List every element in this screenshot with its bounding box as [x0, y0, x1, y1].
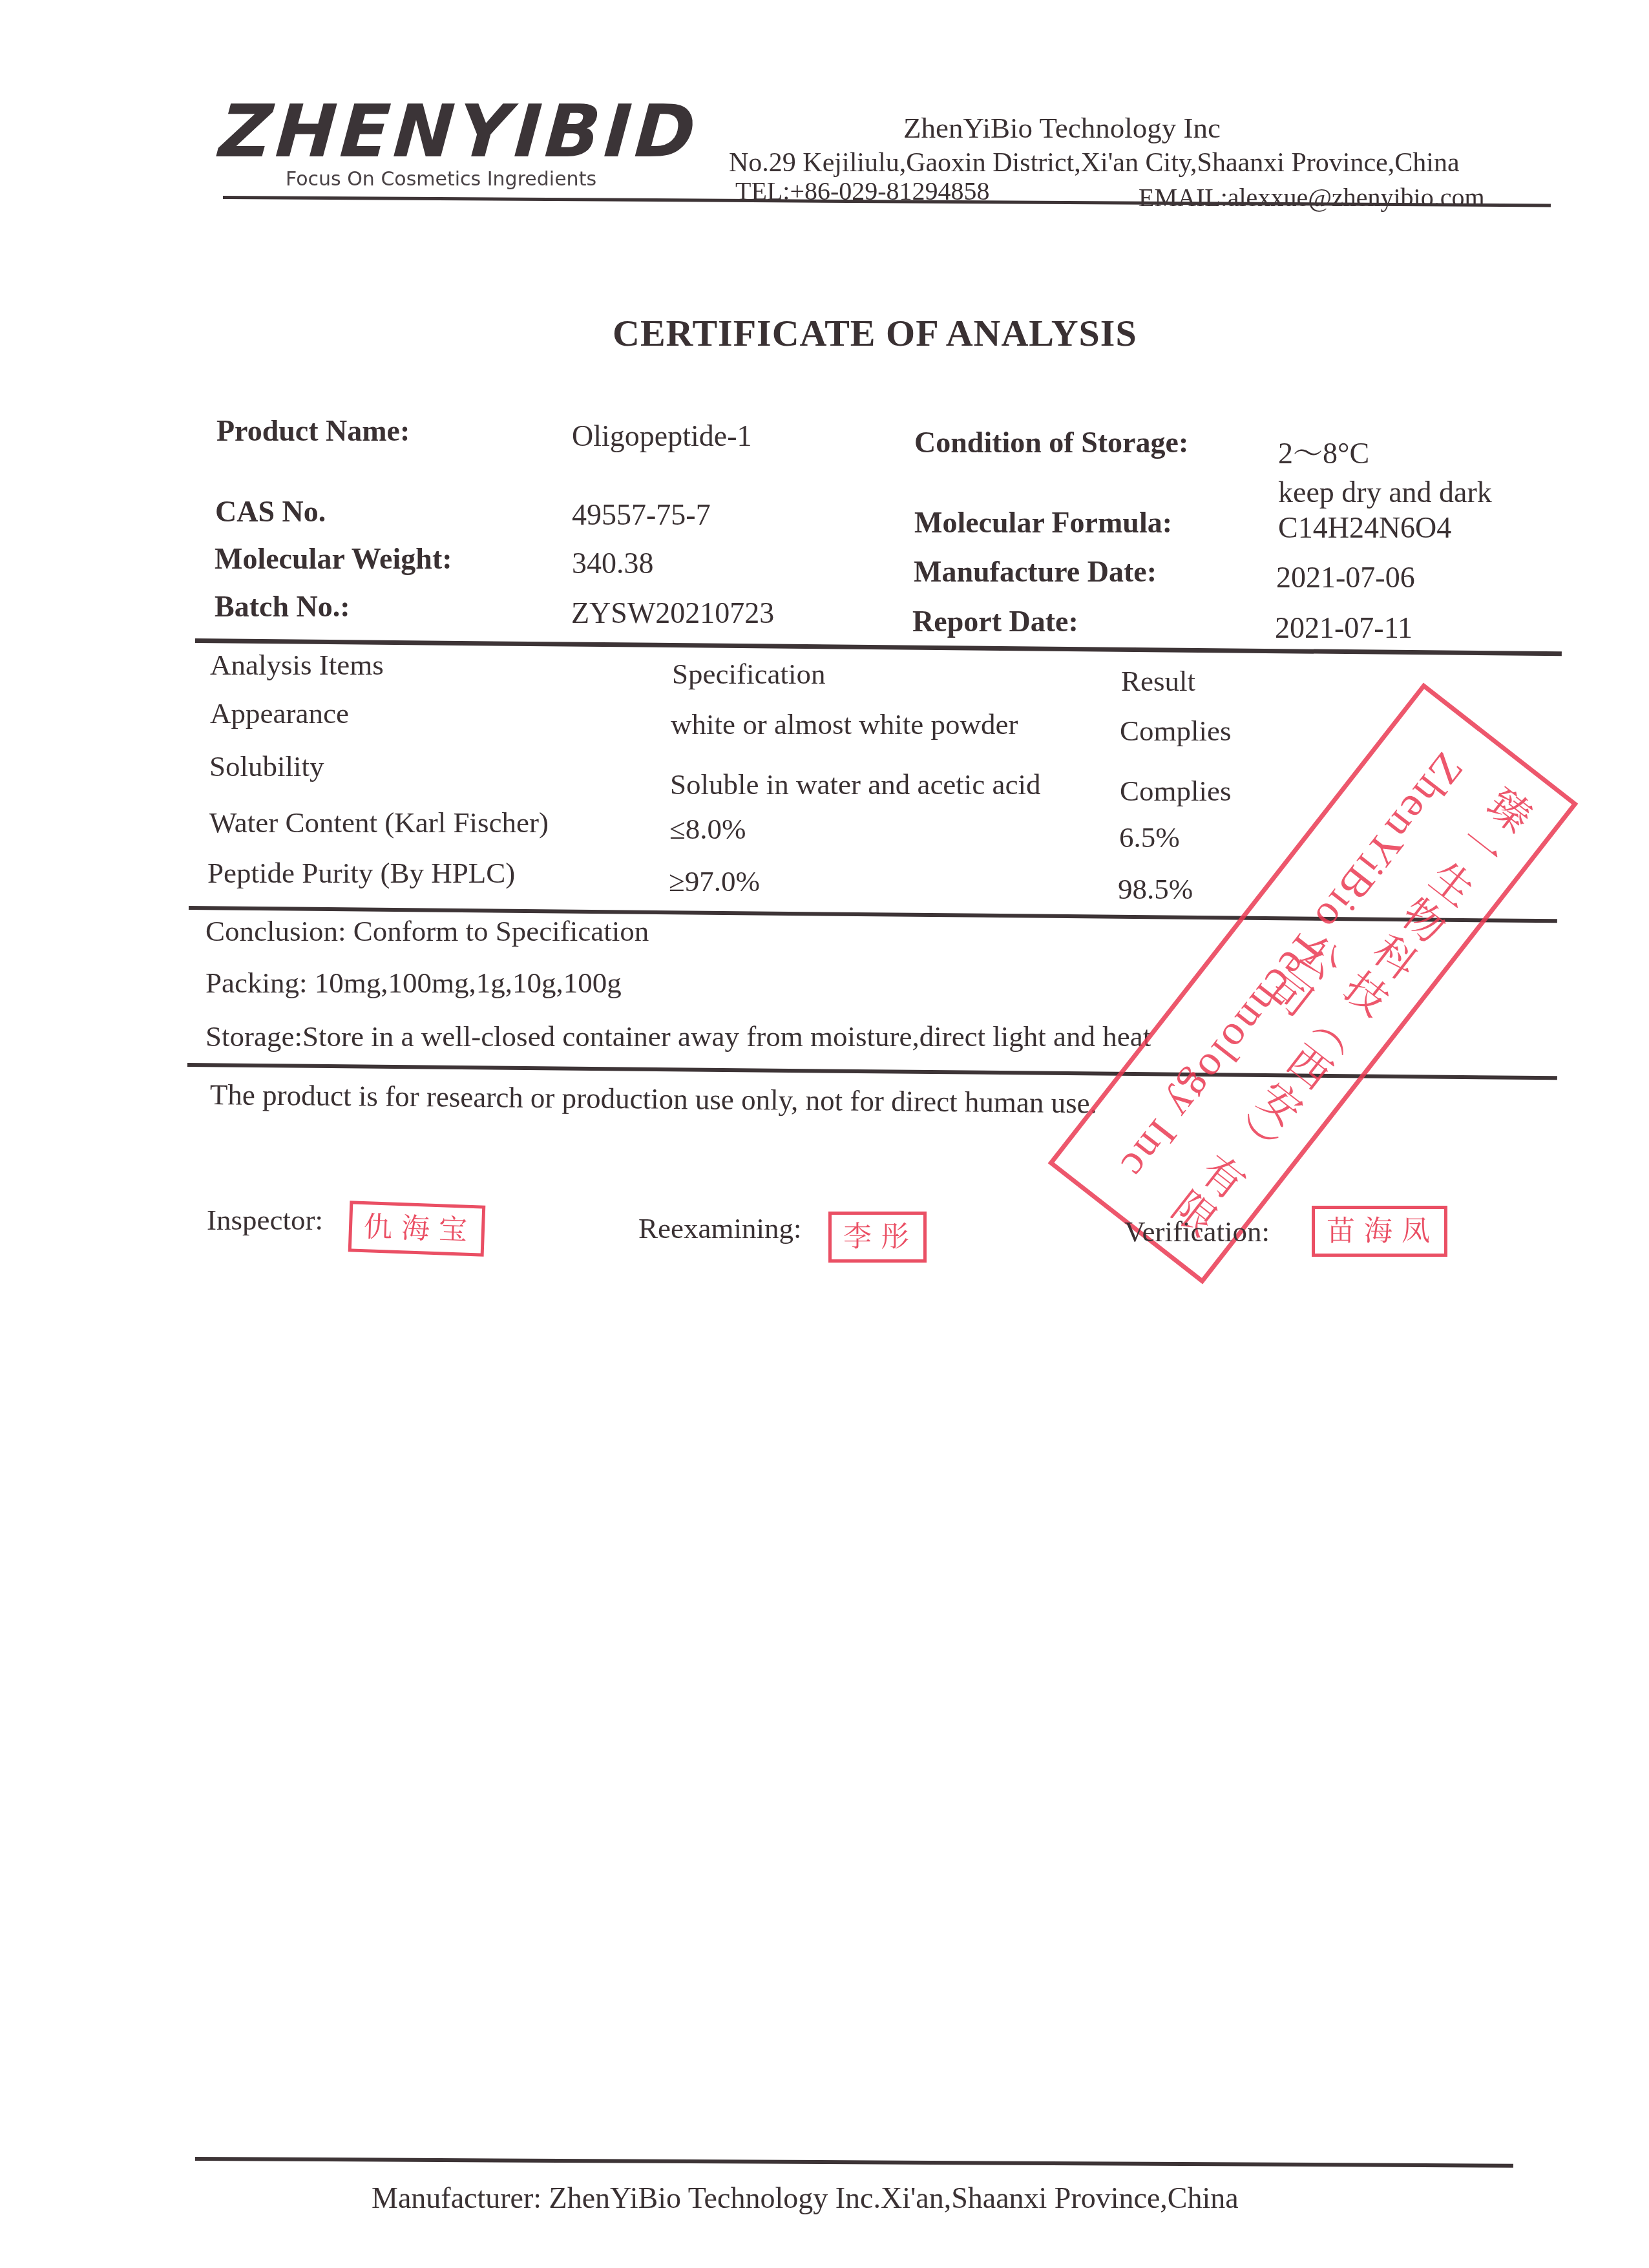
report-date-label: Report Date: [912, 604, 1078, 638]
reexamining-seal: 李彤 [828, 1212, 927, 1263]
header-result: Result [1121, 664, 1195, 698]
row-spec: white or almost white powder [671, 708, 1018, 741]
footer-manufacturer: Manufacturer: ZhenYiBio Technology Inc.X… [372, 2181, 1239, 2215]
manufacture-date-value: 2021-07-06 [1276, 560, 1415, 594]
product-name-label: Product Name: [216, 414, 410, 448]
row-result: Complies [1120, 714, 1232, 748]
report-date-value: 2021-07-11 [1275, 611, 1413, 645]
row-spec: ≥97.0% [669, 865, 760, 898]
conclusion-text: Conclusion: Conform to Specification [205, 914, 649, 948]
storage-condition-label: Condition of Storage: [914, 425, 1188, 459]
manufacture-date-label: Manufacture Date: [914, 554, 1157, 589]
row-item: Water Content (Karl Fischer) [209, 806, 549, 839]
company-seal: ZhenYiBio Technology Inc 臻一生物科技（西安）有限公司 [1048, 682, 1579, 1284]
company-logo: ZHENYIBID [217, 96, 702, 168]
batch-label: Batch No.: [215, 589, 350, 624]
row-result: 6.5% [1119, 821, 1180, 854]
molecular-formula-label: Molecular Formula: [914, 505, 1172, 540]
storage-condition-value: 2～8°C [1278, 430, 1369, 472]
storage-text: Storage:Store in a well-closed container… [205, 1020, 1151, 1053]
cas-value: 49557-75-7 [572, 498, 711, 532]
storage-condition-note: keep dry and dark [1278, 475, 1492, 509]
disclaimer-text: The product is for research or productio… [210, 1078, 1097, 1120]
verification-label: Verification: [1124, 1215, 1270, 1248]
packing-text: Packing: 10mg,100mg,1g,10g,100g [205, 966, 622, 1000]
logo-tagline: Focus On Cosmetics Ingredients [286, 168, 596, 191]
batch-value: ZYSW20210723 [571, 596, 774, 630]
row-item: Solubility [209, 750, 324, 783]
row-spec: Soluble in water and acetic acid [670, 768, 1041, 801]
inspector-label: Inspector: [207, 1203, 323, 1237]
row-spec: ≤8.0% [669, 812, 746, 846]
molecular-weight-label: Molecular Weight: [215, 541, 452, 576]
row-item: Peptide Purity (By HPLC) [207, 856, 515, 890]
product-name-value: Oligopeptide-1 [572, 419, 752, 453]
verification-seal: 苗海凤 [1312, 1206, 1447, 1257]
reexamining-label: Reexamining: [638, 1212, 801, 1245]
row-result: Complies [1120, 774, 1232, 808]
cas-label: CAS No. [215, 494, 326, 529]
molecular-formula-value: C14H24N6O4 [1278, 510, 1451, 545]
company-name: ZhenYiBio Technology Inc [903, 111, 1221, 145]
footer-divider [195, 2157, 1513, 2168]
molecular-weight-value: 340.38 [572, 546, 654, 580]
header-specification: Specification [672, 657, 825, 691]
company-address: No.29 Kejiliulu,Gaoxin District,Xi'an Ci… [729, 147, 1460, 178]
inspector-seal: 仇海宝 [348, 1201, 486, 1256]
row-result: 98.5% [1118, 872, 1193, 906]
header-analysis-items: Analysis Items [210, 648, 384, 682]
row-item: Appearance [210, 697, 349, 730]
company-email: EMAIL:alexxue@zhenyibio.com [1139, 182, 1485, 213]
document-title: CERTIFICATE OF ANALYSIS [613, 311, 1137, 355]
